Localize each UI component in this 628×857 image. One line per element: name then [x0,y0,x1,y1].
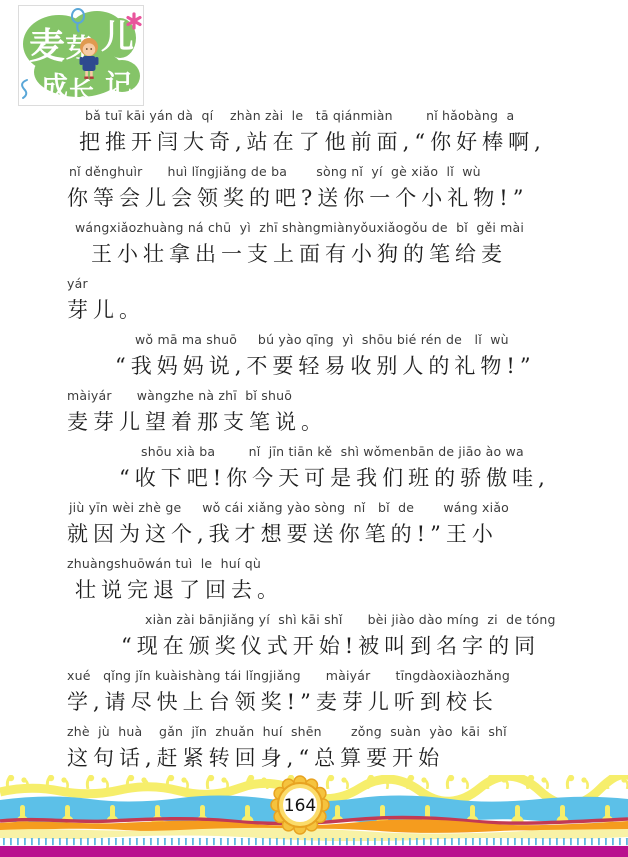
text-line: xué qǐng jǐn kuàishàng tái lǐngjiǎng mài… [65,666,585,722]
hanzi-line: 你等会儿会领奖的吧?送你一个小礼物!” [65,183,585,213]
logo-char-1: 麦 [29,25,65,67]
pinyin-line: nǐ děnghuìr huì lǐngjiǎng de ba sòng nǐ … [65,162,585,182]
pinyin-line: bǎ tuī kāi yán dà qí zhàn zài le tā qián… [65,106,585,126]
hanzi-line: 王小壮拿出一支上面有小狗的笔给麦 [65,239,585,269]
hanzi-line: “我妈妈说,不要轻易收别人的礼物!” [65,351,585,381]
pinyin-line: zhuàngshuōwán tuì le huí qù [65,554,585,574]
hanzi-line: 把推开闫大奇,站在了他前面,“你好棒啊, [65,127,585,157]
logo-graphic: 麦 芽 儿 成 长 记 [19,6,143,105]
pinyin-line: xiàn zài bānjiǎng yí shì kāi shǐ bèi jià… [65,610,585,630]
logo-char-5: 长 [69,76,94,105]
pinyin-line: wángxiǎozhuàng ná chū yì zhī shàngmiànyǒ… [65,218,585,238]
text-line: wǒ mā ma shuō bú yào qīng yì shōu bié ré… [65,330,585,386]
story-text: bǎ tuī kāi yán dà qí zhàn zài le tā qián… [65,106,585,778]
hanzi-line: 芽儿。 [65,295,585,325]
squiggle-icon [22,80,27,98]
logo-char-3: 儿 [101,17,134,56]
pinyin-line: xué qǐng jǐn kuàishàng tái lǐngjiǎng mài… [65,666,585,686]
pinyin-line: màiyár wàngzhe nà zhī bǐ shuō [65,386,585,406]
text-line: zhè jù huà gǎn jǐn zhuǎn huí shēn zǒng s… [65,722,585,778]
page-number: 164 [270,795,330,817]
magenta-band [0,846,628,857]
hanzi-line: “现在颁奖仪式开始!被叫到名字的同 [65,631,585,661]
pinyin-line: wǒ mā ma shuō bú yào qīng yì shōu bié ré… [65,330,585,350]
hanzi-line: 麦芽儿望着那支笔说。 [65,407,585,437]
text-line: jiù yīn wèi zhè ge wǒ cái xiǎng yào sòng… [65,498,585,554]
logo-char-6: 记 [105,70,132,101]
pinyin-line: shōu xià ba nǐ jīn tiān kě shì wǒmenbān … [65,442,585,462]
hanzi-line: “收下吧!你今天可是我们班的骄傲哇, [65,463,585,493]
text-line: màiyár wàngzhe nà zhī bǐ shuō 麦芽儿望着那支笔说。 [65,386,585,442]
hanzi-line: 学,请尽快上台领奖!”麦芽儿听到校长 [65,687,585,717]
hanzi-line: 壮说完退了回去。 [65,575,585,605]
book-page: 麦 芽 儿 成 长 记 [0,0,628,857]
hanzi-line: 这句话,赶紧转回身,“总算要开始 [65,743,585,773]
text-line: zhuàngshuōwán tuì le huí qù 壮说完退了回去。 [65,554,585,610]
pinyin-line: zhè jù huà gǎn jǐn zhuǎn huí shēn zǒng s… [65,722,585,742]
text-line: yár 芽儿。 [65,274,585,330]
blue-fringe [0,838,628,847]
text-line: nǐ děnghuìr huì lǐngjiǎng de ba sòng nǐ … [65,162,585,218]
text-line: wángxiǎozhuàng ná chū yì zhī shàngmiànyǒ… [65,218,585,274]
hanzi-line: 就因为这个,我才想要送你笔的!”王小 [65,519,585,549]
pinyin-line: jiù yīn wèi zhè ge wǒ cái xiǎng yào sòng… [65,498,585,518]
text-line: bǎ tuī kāi yán dà qí zhàn zài le tā qián… [65,106,585,162]
pinyin-line: yár [65,274,585,294]
logo-char-4: 成 [41,72,68,103]
text-line: xiàn zài bānjiǎng yí shì kāi shǐ bèi jià… [65,610,585,666]
series-logo: 麦 芽 儿 成 长 记 [18,5,144,106]
text-line: shōu xià ba nǐ jīn tiān kě shì wǒmenbān … [65,442,585,498]
